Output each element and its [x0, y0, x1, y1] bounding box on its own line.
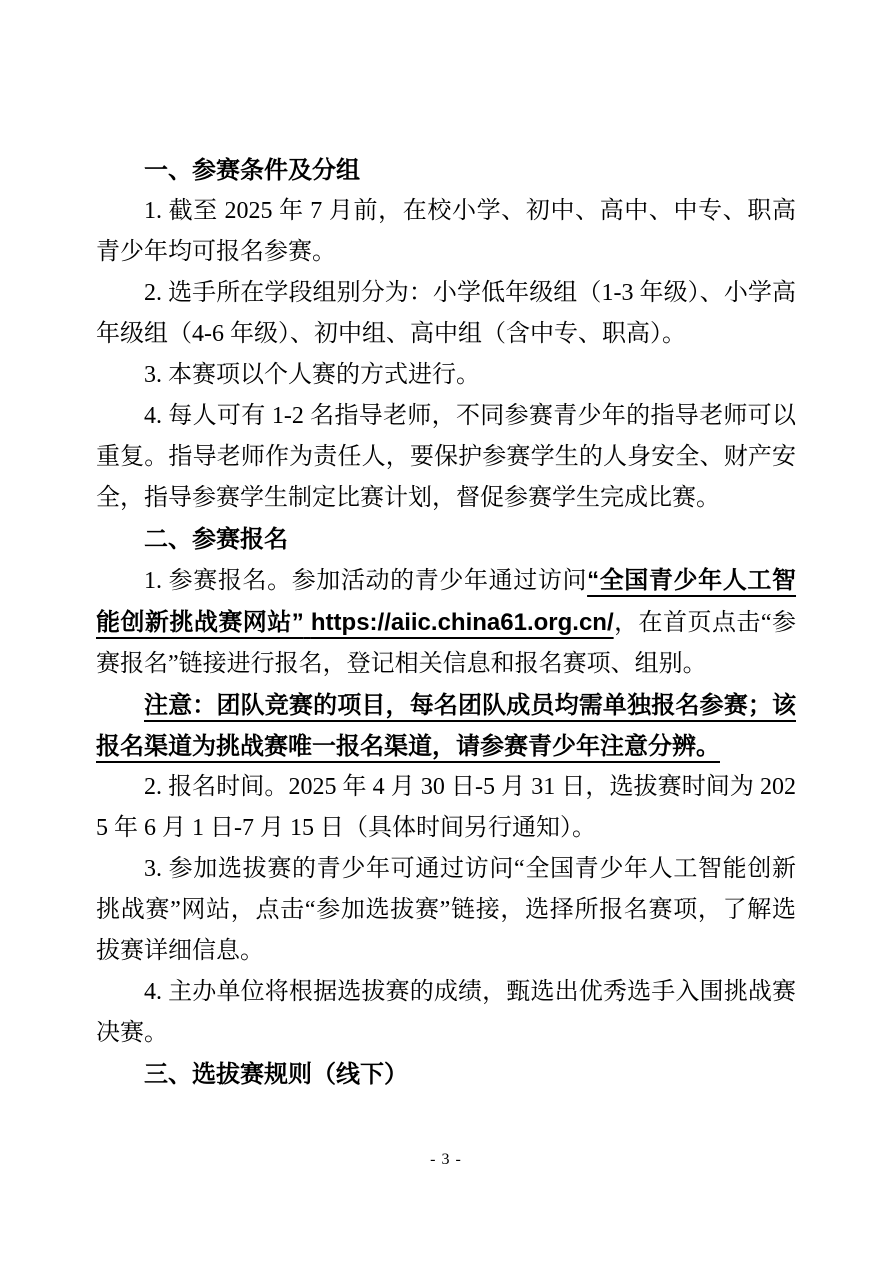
- para-instructors: 4. 每人可有 1-2 名指导老师，不同参赛青少年的指导老师可以重复。指导老师作…: [96, 396, 796, 519]
- para-eligibility-deadline: 1. 截至 2025 年 7 月前，在校小学、初中、高中、中专、职高青少年均可报…: [96, 191, 796, 273]
- document-page: 一、参赛条件及分组 1. 截至 2025 年 7 月前，在校小学、初中、高中、中…: [0, 0, 892, 1262]
- para-individual-format: 3. 本赛项以个人赛的方式进行。: [96, 355, 796, 396]
- para-grade-groups: 2. 选手所在学段组别分为：小学低年级组（1-3 年级）、小学高年级组（4-6 …: [96, 273, 796, 355]
- registration-text-before-link: 1. 参赛报名。参加活动的青少年通过访问: [144, 568, 587, 594]
- registration-site-url[interactable]: https://aiic.china61.org.cn/: [311, 609, 614, 636]
- page-number: - 3 -: [0, 1150, 892, 1170]
- para-registration-notice: 注意：团队竞赛的项目，每名团队成员均需单独报名参赛；该报名渠道为挑战赛唯一报名渠…: [96, 685, 796, 767]
- document-body: 一、参赛条件及分组 1. 截至 2025 年 7 月前，在校小学、初中、高中、中…: [96, 150, 796, 1095]
- para-finalist-selection: 4. 主办单位将根据选拔赛的成绩，甄选出优秀选手入围挑战赛决赛。: [96, 972, 796, 1054]
- section-1-heading: 一、参赛条件及分组: [96, 150, 796, 191]
- para-registration-time: 2. 报名时间。2025 年 4 月 30 日-5 月 31 日，选拔赛时间为 …: [96, 767, 796, 849]
- section-3-heading: 三、选拔赛规则（线下）: [96, 1054, 796, 1095]
- para-selection-participation: 3. 参加选拔赛的青少年可通过访问“全国青少年人工智能创新挑战赛”网站，点击“参…: [96, 849, 796, 972]
- para-registration: 1. 参赛报名。参加活动的青少年通过访问“全国青少年人工智能创新挑战赛网站” h…: [96, 560, 796, 685]
- registration-notice-text: 注意：团队竞赛的项目，每名团队成员均需单独报名参赛；该报名渠道为挑战赛唯一报名渠…: [96, 692, 796, 760]
- section-2-heading: 二、参赛报名: [96, 519, 796, 560]
